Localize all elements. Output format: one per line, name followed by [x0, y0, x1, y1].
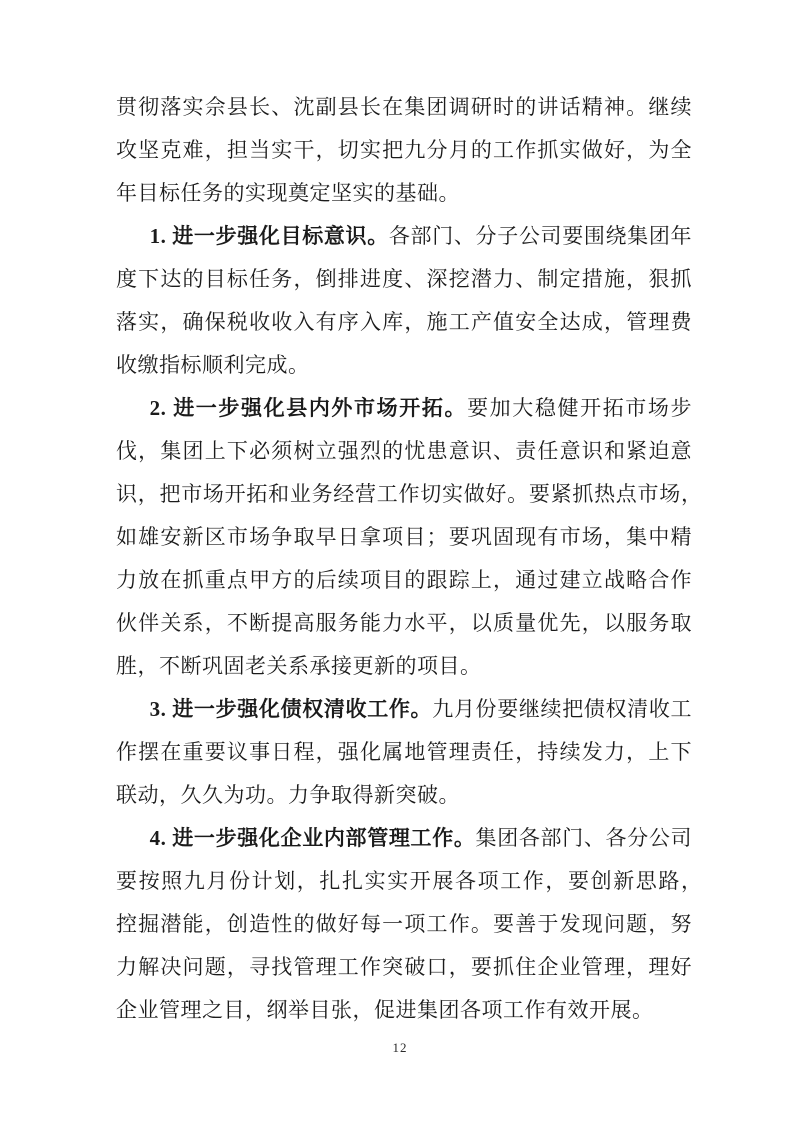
paragraph-item-1: 1. 进一步强化目标意识。各部门、分子公司要围绕集团年度下达的目标任务，倒排进度…	[116, 215, 692, 387]
paragraph-lead: 3. 进一步强化债权清收工作。	[150, 697, 433, 721]
paragraph-continuation: 贯彻落实佘县长、沈副县长在集团调研时的讲话精神。继续攻坚克难，担当实干，切实把九…	[116, 86, 692, 215]
paragraph-lead: 1. 进一步强化目标意识。	[150, 224, 389, 248]
paragraph-item-4: 4. 进一步强化企业内部管理工作。集团各部门、各分公司要按照九月份计划，扎扎实实…	[116, 817, 692, 1032]
paragraph-text: 贯彻落实佘县长、沈副县长在集团调研时的讲话精神。继续攻坚克难，担当实干，切实把九…	[116, 95, 714, 205]
paragraph-lead: 4. 进一步强化企业内部管理工作。	[150, 826, 476, 850]
paragraph-text: 集团各部门、各分公司要按照九月份计划，扎扎实实开展各项工作，要创新思路， 控掘潜…	[116, 826, 714, 1022]
document-body: 贯彻落实佘县长、沈副县长在集团调研时的讲话精神。继续攻坚克难，担当实干，切实把九…	[116, 86, 692, 1032]
document-page: 贯彻落实佘县长、沈副县长在集团调研时的讲话精神。继续攻坚克难，担当实干，切实把九…	[0, 0, 800, 1131]
paragraph-item-2: 2. 进一步强化县内外市场开拓。要加大稳健开拓市场步伐，集团上下必须树立强烈的忧…	[116, 387, 692, 688]
paragraph-lead: 2. 进一步强化县内外市场开拓。	[150, 396, 467, 420]
paragraph-text: 要加大稳健开拓市场步伐，集团上下必须树立强烈的忧患意识、责任意识和紧迫意识，把市…	[116, 396, 714, 678]
paragraph-item-3: 3. 进一步强化债权清收工作。九月份要继续把债权清收工作摆在重要议事日程，强化属…	[116, 688, 692, 817]
page-number: 12	[0, 1040, 800, 1056]
